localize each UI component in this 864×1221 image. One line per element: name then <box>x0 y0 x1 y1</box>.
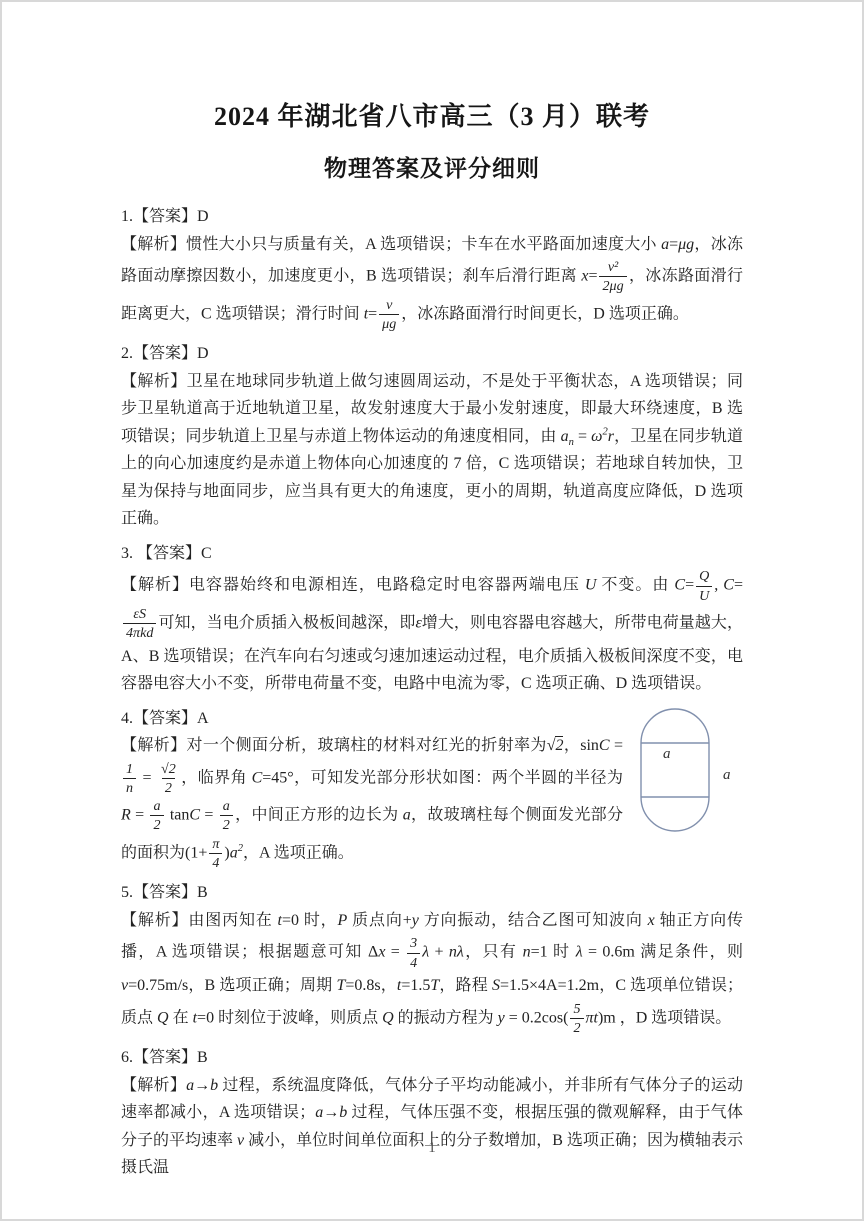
answer-label: 【答案】 <box>133 710 197 727</box>
answer-block-6: 6.【答案】B 【解析】a→b 过程，系统温度降低，气体分子平均动能减小，并非所… <box>121 1044 743 1182</box>
question-number: 1. <box>121 208 133 225</box>
answer-block-3: 3. 【答案】C 【解析】电容器始终和电源相连，电路稳定时电容器两端电压 U 不… <box>121 540 743 698</box>
figure-label-side: a <box>723 767 731 783</box>
answer-heading-5: 5.【答案】B <box>121 879 743 907</box>
answer-heading-1: 1.【答案】D <box>121 203 743 231</box>
document-title: 2024 年湖北省八市高三（3 月）联考 <box>121 96 743 133</box>
analysis-paragraph-2: 【解析】卫星在地球同步轨道上做匀速圆周运动，不是处于平衡状态，A 选项错误；同步… <box>121 368 743 533</box>
glass-column-light-figure: a a <box>639 707 743 833</box>
document-content: 2024 年湖北省八市高三（3 月）联考 物理答案及评分细则 1.【答案】D 【… <box>121 2 743 1182</box>
answer-block-2: 2.【答案】D 【解析】卫星在地球同步轨道上做匀速圆周运动，不是处于平衡状态，A… <box>121 340 743 533</box>
analysis-paragraph-1: 【解析】惯性大小只与质量有关，A 选项错误；卡车在水平路面加速度大小 a=μg，… <box>121 231 743 334</box>
question-number: 3. <box>121 545 137 562</box>
question-number: 5. <box>121 884 133 901</box>
answer-letter: D <box>197 345 209 362</box>
answer-block-1: 1.【答案】D 【解析】惯性大小只与质量有关，A 选项错误；卡车在水平路面加速度… <box>121 203 743 333</box>
question-number: 4. <box>121 710 133 727</box>
answer-label: 【答案】 <box>133 1049 197 1066</box>
answer-letter: D <box>197 208 209 225</box>
answer-letter: B <box>197 884 208 901</box>
answer-block-5: 5.【答案】B 【解析】由图丙知在 t=0 时，P 质点向+y 方向振动，结合乙… <box>121 879 743 1037</box>
answer-letter: A <box>197 710 209 727</box>
figure-label-inside: a <box>663 746 671 762</box>
answer-heading-3: 3. 【答案】C <box>121 540 743 568</box>
document-subtitle: 物理答案及评分细则 <box>121 150 743 183</box>
answer-letter: B <box>197 1049 208 1066</box>
analysis-paragraph-3: 【解析】电容器始终和电源相连，电路稳定时电容器两端电压 U 不变。由 C=QU,… <box>121 567 743 697</box>
question-number: 2. <box>121 345 133 362</box>
answer-letter: C <box>201 545 212 562</box>
document-page: { "page": { "title": "2024 年湖北省八市高三（3 月）… <box>0 0 864 1221</box>
answer-label: 【答案】 <box>137 545 201 562</box>
answer-heading-2: 2.【答案】D <box>121 340 743 368</box>
analysis-paragraph-5: 【解析】由图丙知在 t=0 时，P 质点向+y 方向振动，结合乙图可知波向 x … <box>121 907 743 1037</box>
question-number: 6. <box>121 1049 133 1066</box>
analysis-paragraph-6: 【解析】a→b 过程，系统温度降低，气体分子平均动能减小，并非所有气体分子的运动… <box>121 1072 743 1182</box>
capsule-outline <box>641 709 709 831</box>
answer-heading-6: 6.【答案】B <box>121 1044 743 1072</box>
answer-label: 【答案】 <box>133 345 197 362</box>
answer-block-4: a a 4.【答案】A 【解析】对一个侧面分析，玻璃柱的材料对红光的折射率为√2… <box>121 705 743 873</box>
answer-label: 【答案】 <box>133 208 197 225</box>
page-number: 1 <box>2 1140 862 1157</box>
answer-label: 【答案】 <box>133 884 197 901</box>
